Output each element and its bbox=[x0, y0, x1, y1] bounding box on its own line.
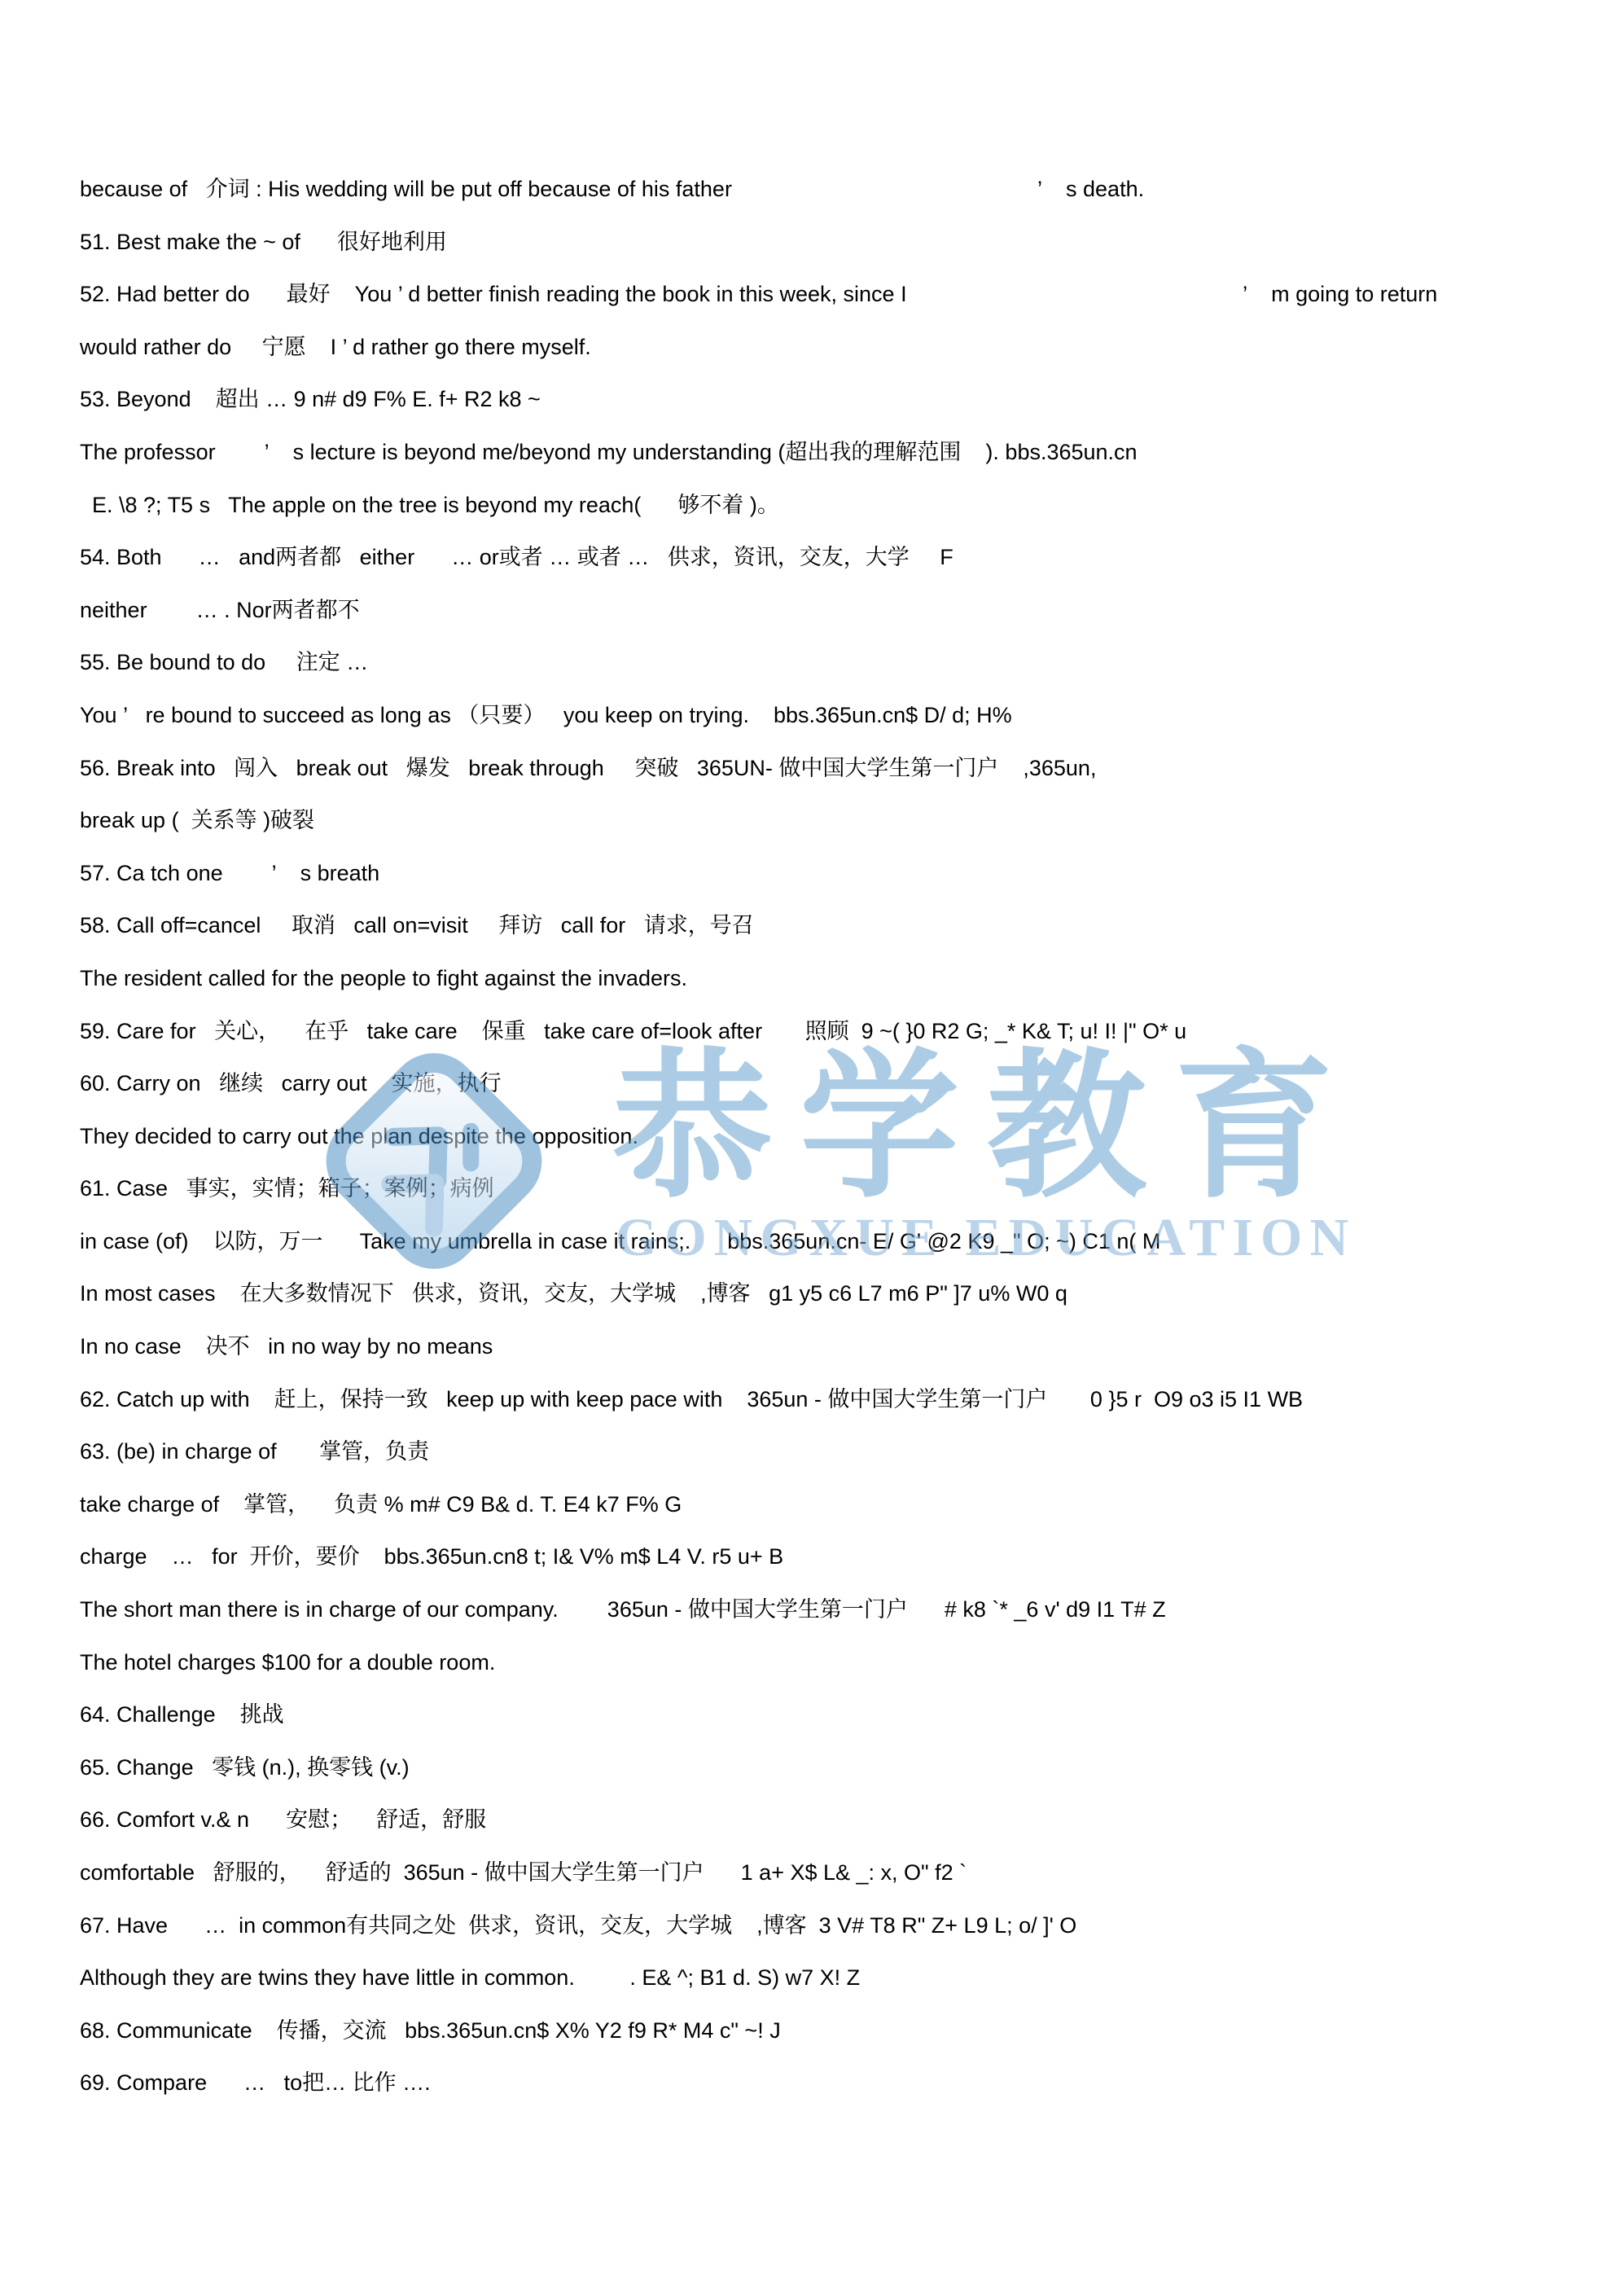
text-line: 55. Be bound to do 注定 … bbox=[80, 636, 1622, 689]
text-line: In no case 决不 in no way by no means bbox=[80, 1320, 1622, 1373]
text-line: neither … . Nor两者都不 bbox=[80, 584, 1622, 637]
text-line: 57. Ca tch one ’ s breath bbox=[80, 847, 1622, 900]
text-line: break up ( 关系等 )破裂 bbox=[80, 794, 1622, 847]
text-line: 56. Break into 闯入 break out 爆发 break thr… bbox=[80, 742, 1622, 795]
text-line: 61. Case 事实，实情；箱子；案例；病例 bbox=[80, 1162, 1622, 1215]
document-lines: because of 介词 : His wedding will be put … bbox=[80, 163, 1622, 2109]
text-line: In most cases 在大多数情况下 供求，资讯，交友，大学城 ,博客 g… bbox=[80, 1267, 1622, 1320]
text-line: The resident called for the people to fi… bbox=[80, 952, 1622, 1005]
text-line: take charge of 掌管， 负责 % m# C9 B& d. T. E… bbox=[80, 1478, 1622, 1531]
text-line: in case (of) 以防，万一 Take my umbrella in c… bbox=[80, 1215, 1622, 1268]
text-line: 59. Care for 关心， 在乎 take care 保重 take ca… bbox=[80, 1005, 1622, 1058]
text-line: 68. Communicate 传播，交流 bbs.365un.cn$ X% Y… bbox=[80, 2004, 1622, 2057]
text-line: 62. Catch up with 赶上，保持一致 keep up with k… bbox=[80, 1373, 1622, 1426]
text-line: 65. Change 零钱 (n.), 换零钱 (v.) bbox=[80, 1741, 1622, 1794]
text-line: 60. Carry on 继续 carry out 实施，执行 bbox=[80, 1057, 1622, 1110]
text-line: comfortable 舒服的， 舒适的 365un - 做中国大学生第一门户 … bbox=[80, 1846, 1622, 1899]
text-line: 53. Beyond 超出 … 9 n# d9 F% E. f+ R2 k8 ~ bbox=[80, 373, 1622, 426]
text-line: charge … for 开价，要价 bbs.365un.cn8 t; I& V… bbox=[80, 1530, 1622, 1583]
text-line: The hotel charges $100 for a double room… bbox=[80, 1636, 1622, 1689]
text-line: The professor ’ s lecture is beyond me/b… bbox=[80, 426, 1622, 479]
text-line: Although they are twins they have little… bbox=[80, 1951, 1622, 2004]
text-line: 58. Call off=cancel 取消 call on=visit 拜访 … bbox=[80, 899, 1622, 952]
text-line: 54. Both … and两者都 either … or或者 … 或者 … 供… bbox=[80, 531, 1622, 584]
text-line: would rather do 宁愿 I ’ d rather go there… bbox=[80, 321, 1622, 374]
text-line: 69. Compare … to把… 比作 …. bbox=[80, 2057, 1622, 2109]
text-line: E. \8 ?; T5 s The apple on the tree is b… bbox=[80, 479, 1622, 532]
text-line: 51. Best make the ~ of 很好地利用 bbox=[80, 216, 1622, 269]
text-line: The short man there is in charge of our … bbox=[80, 1583, 1622, 1636]
text-line: 63. (be) in charge of 掌管，负责 bbox=[80, 1425, 1622, 1478]
text-line: because of 介词 : His wedding will be put … bbox=[80, 163, 1622, 216]
text-line: 66. Comfort v.& n 安慰； 舒适，舒服 bbox=[80, 1793, 1622, 1846]
text-line: 52. Had better do 最好 You ’ d better fini… bbox=[80, 268, 1622, 321]
text-line: 64. Challenge 挑战 bbox=[80, 1688, 1622, 1741]
text-line: 67. Have … in common有共同之处 供求，资讯，交友，大学城 ,… bbox=[80, 1899, 1622, 1952]
text-line: You ’ re bound to succeed as long as （只要… bbox=[80, 689, 1622, 742]
document-page: because of 介词 : His wedding will be put … bbox=[0, 0, 1622, 2296]
text-line: They decided to carry out the plan despi… bbox=[80, 1110, 1622, 1163]
